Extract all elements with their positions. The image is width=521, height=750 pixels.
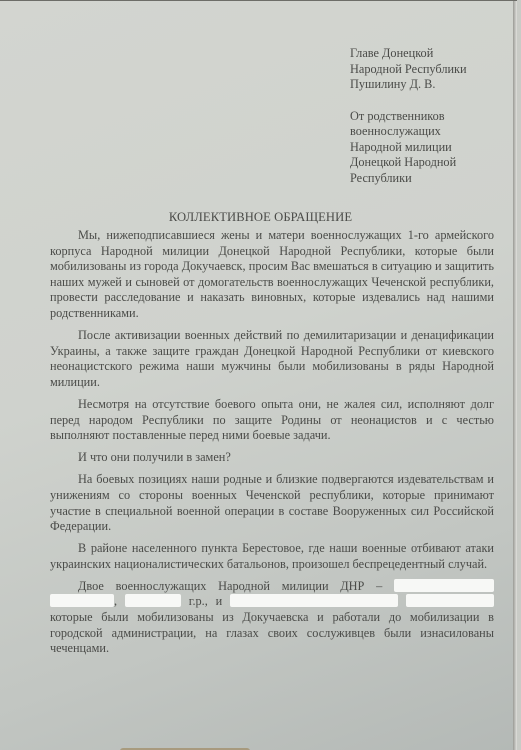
redaction-block: [230, 594, 398, 607]
redaction-block: [394, 579, 494, 592]
paragraph: И что они получили в замен?: [50, 450, 494, 466]
paragraph: Несмотря на отсутствие боевого опыта они…: [50, 397, 494, 444]
addressee-line: Народной Республики: [350, 62, 467, 78]
paragraph: После активизации военных действий по де…: [50, 328, 494, 390]
sender-line: От родственников: [350, 109, 467, 125]
paragraph: Мы, нижеподписавшиеся жены и матери воен…: [50, 228, 494, 322]
addressee-line: Пушилину Д. В.: [350, 77, 467, 93]
addressee-line: Главе Донецкой: [350, 46, 467, 62]
redaction-block: [50, 594, 114, 607]
redaction-block: [406, 594, 494, 607]
sender-line: Народной милиции: [350, 140, 467, 156]
page-edge: [513, 1, 517, 750]
paragraph-redacted: Двое военнослужащих Народной милиции ДНР…: [50, 579, 494, 657]
paragraph-text: Двое военнослужащих Народной милиции ДНР…: [78, 579, 382, 593]
sender-line: военнослужащих: [350, 124, 467, 140]
addressee-block: Главе Донецкой Народной Республики Пушил…: [350, 46, 467, 186]
paragraph-text: которые были мобилизованы из Докучаевска…: [50, 610, 494, 655]
sender-line: Донецкой Народной: [350, 155, 467, 171]
document-page: Главе Донецкой Народной Республики Пушил…: [0, 0, 517, 750]
paragraph: В районе населенного пункта Берестовое, …: [50, 541, 494, 572]
redaction-block: [125, 594, 181, 607]
document-body: Мы, нижеподписавшиеся жены и матери воен…: [50, 228, 494, 663]
sender-line: Республики: [350, 171, 467, 187]
paragraph-text: г.р., и: [189, 594, 222, 608]
document-title: КОЛЛЕКТИВНОЕ ОБРАЩЕНИЕ: [0, 210, 521, 225]
paragraph: На боевых позициях наши родные и близкие…: [50, 472, 494, 534]
